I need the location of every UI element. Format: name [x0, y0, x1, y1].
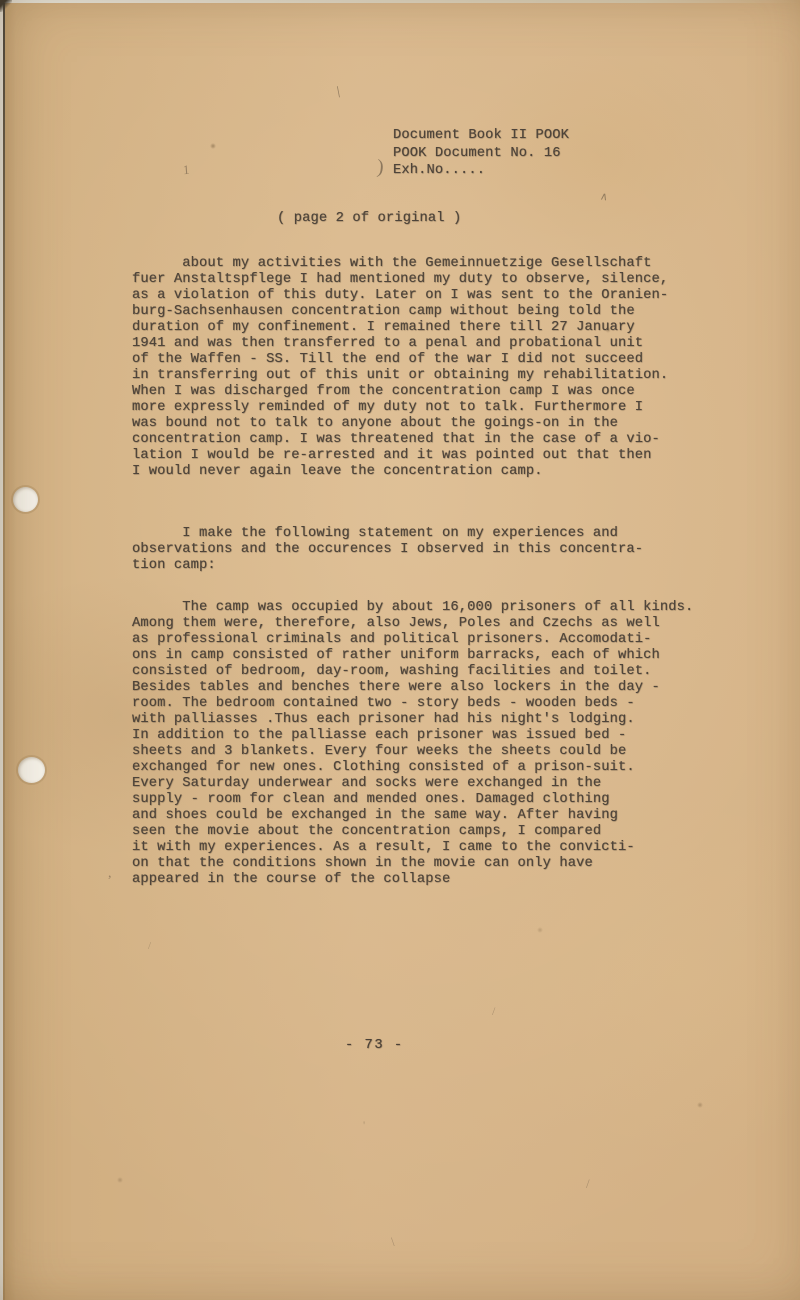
- scanner-edge-line: [3, 0, 5, 1300]
- scan-mark: ∧: [599, 189, 609, 203]
- scan-mark: 1: [182, 162, 190, 178]
- paper: Document Book II POOK POOK Document No. …: [0, 0, 800, 1300]
- paragraph-2: I make the following statement on my exp…: [132, 526, 643, 574]
- scan-mark: /: [492, 1004, 495, 1019]
- scanner-corner-shadow: [0, 0, 12, 12]
- scan-mark: ,: [108, 866, 112, 882]
- page-note: ( page 2 of original ): [277, 211, 461, 227]
- scan-mark: \: [335, 84, 342, 102]
- scan-mark: \: [391, 1234, 395, 1250]
- scan-mark: /: [586, 1176, 590, 1192]
- scan-mark: /: [148, 940, 151, 952]
- page-number: - 73 -: [345, 1038, 404, 1054]
- paragraph-1: about my activities with the Gemeinnuetz…: [132, 256, 668, 480]
- hole-punch-top: [13, 487, 38, 512]
- scan-mark: ': [363, 1118, 365, 1133]
- hole-punch-bottom: [18, 757, 45, 783]
- scan-mark: ): [376, 156, 385, 179]
- paragraph-3: The camp was occupied by about 16,000 pr…: [132, 600, 693, 888]
- scanner-edge-top: [0, 0, 800, 3]
- document-header: Document Book II POOK POOK Document No. …: [393, 127, 569, 180]
